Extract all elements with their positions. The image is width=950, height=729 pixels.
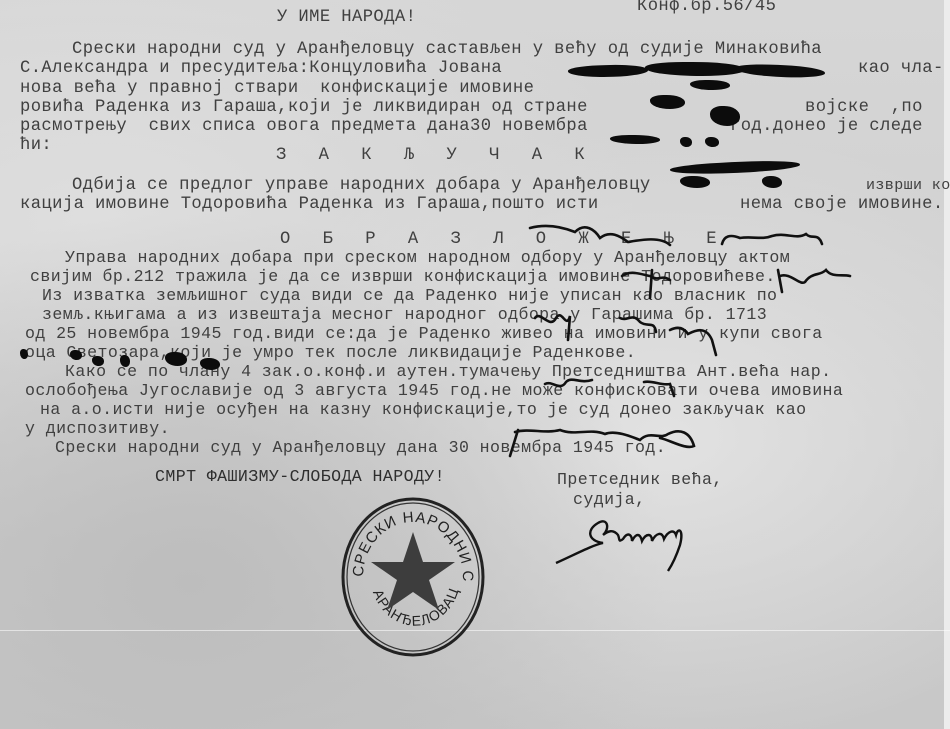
court-stamp: СРЕСКИ НАРОДНИ СУД АРАНЂЕЛОВАЦ [338,492,488,662]
document-page: У ИМЕ НАРОДА! Конф.бр.56/45 Срески народ… [0,0,950,729]
